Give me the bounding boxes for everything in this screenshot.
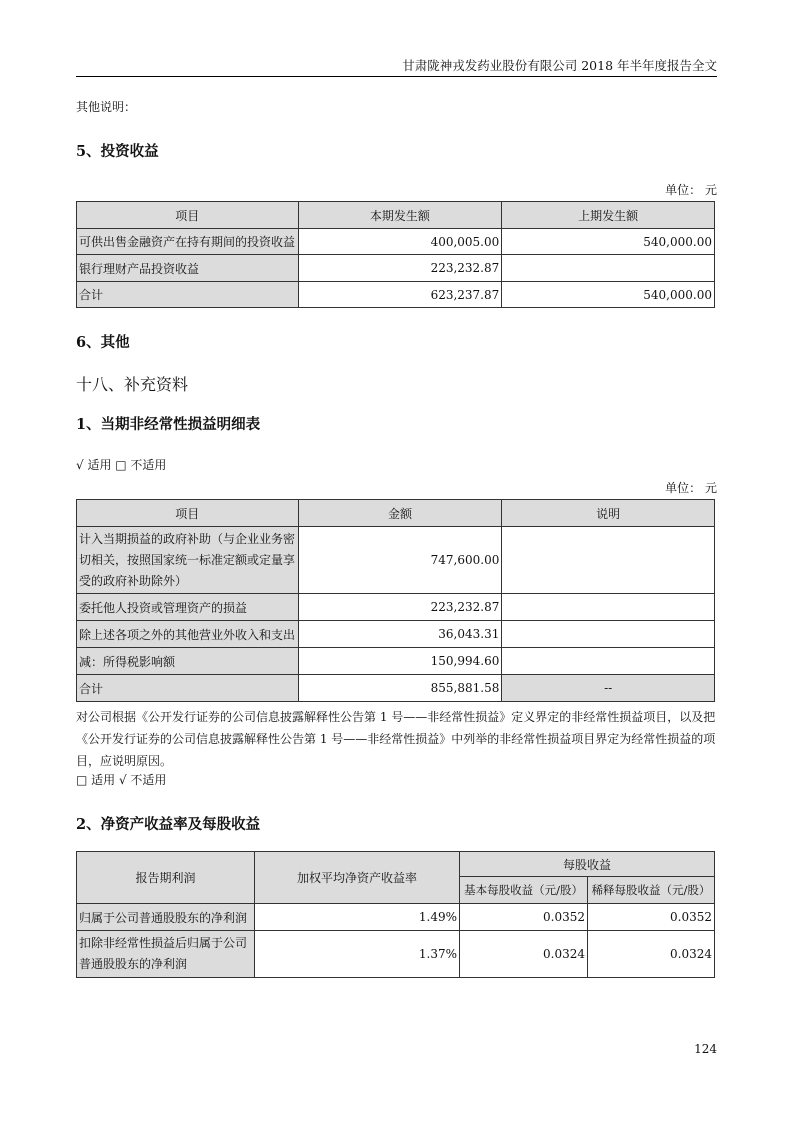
- cell-value: 1.37%: [254, 931, 459, 978]
- cell-value: 1.49%: [254, 904, 459, 931]
- cell-value: 0.0324: [460, 931, 588, 978]
- cell-value: 36,043.31: [298, 621, 502, 648]
- column-header: 金额: [298, 500, 502, 527]
- column-header-diluted-eps: 稀释每股收益（元/股）: [588, 877, 715, 904]
- row-label: 委托他人投资或管理资产的损益: [77, 594, 299, 621]
- section-title-roe-eps: 2、净资产收益率及每股收益: [76, 813, 260, 834]
- column-header: 上期发生额: [502, 202, 715, 229]
- unit-label: 单位： 元: [665, 479, 717, 496]
- table-row: 计入当期损益的政府补助（与企业业务密切相关，按照国家统一标准定额或定量享受的政府…: [77, 527, 715, 594]
- row-label: 合计: [77, 282, 299, 308]
- row-label: 归属于公司普通股股东的净利润: [77, 904, 255, 931]
- column-header-basic-eps: 基本每股收益（元/股）: [460, 877, 588, 904]
- cell-value: --: [502, 675, 715, 702]
- investment-income-table: 项目 本期发生额 上期发生额 可供出售金融资产在持有期间的投资收益 400,00…: [76, 201, 715, 308]
- cell-value: 540,000.00: [502, 282, 715, 308]
- cell-value: 400,005.00: [298, 229, 502, 255]
- row-label: 减：所得税影响额: [77, 648, 299, 675]
- note-applicable-indicator: □ 适用 √ 不适用: [76, 771, 166, 788]
- chapter-title-supplementary: 十八、补充资料: [76, 372, 188, 395]
- row-label: 扣除非经常性损益后归属于公司普通股股东的净利润: [77, 931, 255, 978]
- row-label: 银行理财产品投资收益: [77, 255, 299, 282]
- cell-value: 0.0352: [460, 904, 588, 931]
- row-label: 除上述各项之外的其他营业外收入和支出: [77, 621, 299, 648]
- column-header: 本期发生额: [298, 202, 502, 229]
- cell-value: 0.0352: [588, 904, 715, 931]
- table-header-row: 项目 金额 说明: [77, 500, 715, 527]
- table-row: 可供出售金融资产在持有期间的投资收益 400,005.00 540,000.00: [77, 229, 715, 255]
- roe-eps-table: 报告期利润 加权平均净资产收益率 每股收益 基本每股收益（元/股） 稀释每股收益…: [76, 851, 715, 978]
- table-row: 减：所得税影响额 150,994.60: [77, 648, 715, 675]
- column-header-eps-group: 每股收益: [460, 852, 715, 877]
- cell-value: 855,881.58: [298, 675, 502, 702]
- cell-value: 223,232.87: [298, 255, 502, 282]
- cell-value: 0.0324: [588, 931, 715, 978]
- section-title-non-recurring: 1、当期非经常性损益明细表: [76, 413, 260, 434]
- column-header: 项目: [77, 202, 299, 229]
- cell-value: [502, 648, 715, 675]
- table-row-total: 合计 623,237.87 540,000.00: [77, 282, 715, 308]
- cell-value: 150,994.60: [298, 648, 502, 675]
- document-header: 甘肃陇神戎发药业股份有限公司 2018 年半年度报告全文: [76, 56, 717, 74]
- table-row: 归属于公司普通股股东的净利润 1.49% 0.0352 0.0352: [77, 904, 715, 931]
- table-header-row: 报告期利润 加权平均净资产收益率 每股收益: [77, 852, 715, 877]
- header-rule: [76, 76, 717, 77]
- cell-value: 540,000.00: [502, 229, 715, 255]
- table-row: 扣除非经常性损益后归属于公司普通股股东的净利润 1.37% 0.0324 0.0…: [77, 931, 715, 978]
- cell-value: 223,232.87: [298, 594, 502, 621]
- cell-value: [502, 594, 715, 621]
- applicable-indicator: √ 适用 □ 不适用: [76, 456, 166, 473]
- unit-label: 单位： 元: [665, 181, 717, 198]
- column-header: 项目: [77, 500, 299, 527]
- row-label: 可供出售金融资产在持有期间的投资收益: [77, 229, 299, 255]
- table-row-total: 合计 855,881.58 --: [77, 675, 715, 702]
- section-title-investment-income: 5、投资收益: [76, 140, 159, 161]
- column-header: 说明: [502, 500, 715, 527]
- cell-value: 747,600.00: [298, 527, 502, 594]
- cell-value: [502, 621, 715, 648]
- section-title-other: 6、其他: [76, 331, 130, 352]
- non-recurring-gains-table: 项目 金额 说明 计入当期损益的政府补助（与企业业务密切相关，按照国家统一标准定…: [76, 499, 715, 702]
- table-row: 银行理财产品投资收益 223,232.87: [77, 255, 715, 282]
- non-recurring-note: 对公司根据《公开发行证券的公司信息披露解释性公告第 1 号——非经常性损益》定义…: [76, 706, 718, 772]
- column-header-roe: 加权平均净资产收益率: [254, 852, 459, 904]
- cell-value: [502, 255, 715, 282]
- column-header-profit: 报告期利润: [77, 852, 255, 904]
- page-number: 124: [694, 1042, 717, 1056]
- table-row: 委托他人投资或管理资产的损益 223,232.87: [77, 594, 715, 621]
- row-label: 计入当期损益的政府补助（与企业业务密切相关，按照国家统一标准定额或定量享受的政府…: [77, 527, 299, 594]
- other-note: 其他说明：: [76, 98, 136, 115]
- table-row: 除上述各项之外的其他营业外收入和支出 36,043.31: [77, 621, 715, 648]
- cell-value: [502, 527, 715, 594]
- cell-value: 623,237.87: [298, 282, 502, 308]
- table-header-row: 项目 本期发生额 上期发生额: [77, 202, 715, 229]
- row-label: 合计: [77, 675, 299, 702]
